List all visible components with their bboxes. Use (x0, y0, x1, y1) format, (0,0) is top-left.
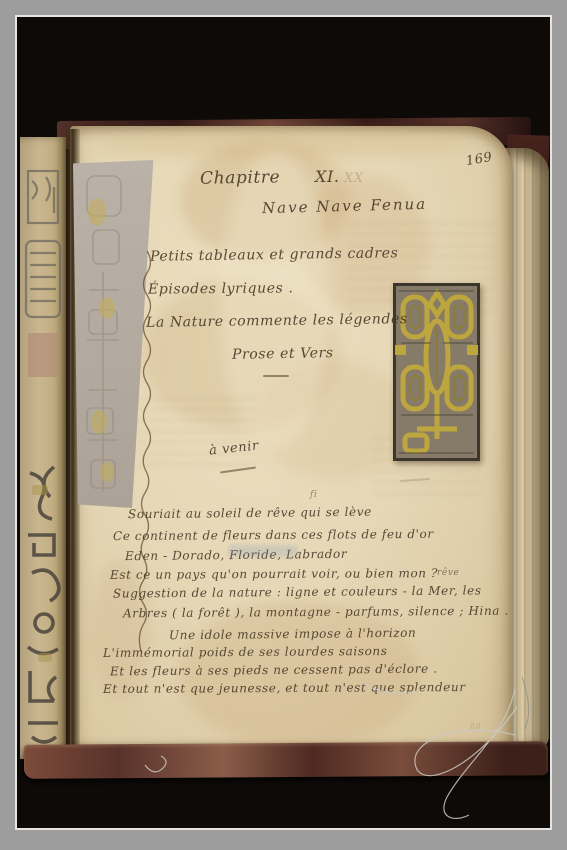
poem-line-1: Souriait au soleil de rêve qui se lève (128, 505, 372, 522)
photo-frame: 169 Chapitre XI. XX Nave Nave Fenua Peti… (0, 0, 567, 850)
chapter-numeral: XI. (315, 167, 340, 186)
underline-dash-prose (263, 375, 289, 377)
insertion-mark: fi (310, 490, 317, 500)
poem-line-4: Est ce un pays qu'on pourrait voir, ou b… (110, 566, 438, 582)
woodcut-pattern (393, 283, 480, 461)
chapter-numeral-faint: XX (344, 171, 364, 186)
stamp-showthrough (228, 545, 298, 557)
poem-line-8: L'immémorial poids de ses lourdes saison… (103, 644, 388, 660)
poem-line-2: Ce continent de fleurs dans ces flots de… (113, 527, 434, 543)
pasted-print-right (393, 283, 480, 461)
subtitle-line-4: Prose et Vers (232, 345, 334, 363)
subtitle-line-2: Épisodes lyriques . (148, 280, 294, 297)
poem-line-7: Une idole massive impose à l'horizon (169, 626, 416, 643)
chapter-heading: Chapitre (200, 167, 281, 188)
poem-line-6: Arbres ( la forêt ), la montagne - parfu… (123, 604, 509, 621)
pink-print-block (28, 333, 58, 377)
facing-page-strip (20, 137, 66, 759)
poem-line-10: Et tout n'est que jeunesse, et tout n'es… (103, 680, 466, 696)
facing-page-prints (20, 137, 66, 759)
pencil-mark: 88 (470, 722, 481, 731)
poem-line-9: Et les fleurs à ses pieds ne cessent pas… (110, 662, 438, 679)
photo-backdrop: 169 Chapitre XI. XX Nave Nave Fenua Peti… (15, 15, 552, 830)
insertion-reve: rêve (437, 568, 459, 578)
book-binding-bottom-edge (24, 741, 548, 779)
